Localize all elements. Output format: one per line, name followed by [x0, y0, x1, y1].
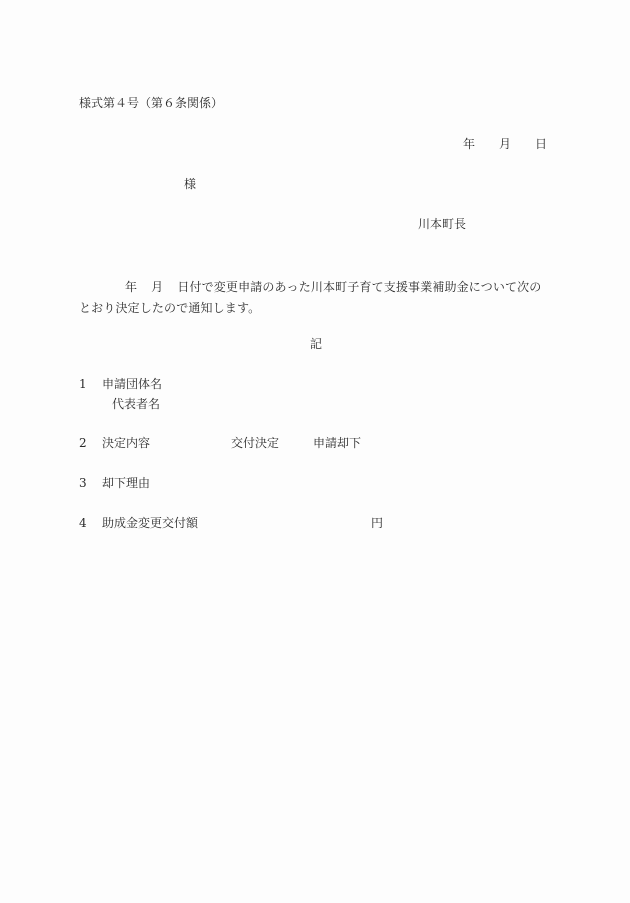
item-rejection-reason: 3却下理由: [79, 477, 150, 489]
date-year-label: 年: [463, 138, 499, 150]
item-grant-amount: 4助成金変更交付額: [79, 517, 198, 529]
body-text: 日付で変更申請のあった川本町子育て支援事業補助金について次のとおり決定したので通…: [79, 280, 541, 315]
decision-option-grant: 交付決定: [231, 437, 279, 449]
issuer-name: 川本町長: [418, 218, 466, 230]
item-applicant-organization: 1申請団体名: [79, 378, 162, 390]
item-label: 助成金変更交付額: [102, 516, 198, 530]
amount-unit-yen: 円: [371, 517, 383, 529]
body-year-label: 年: [125, 280, 137, 294]
item-number: 2: [79, 437, 102, 449]
decision-option-reject: 申請却下: [313, 437, 361, 449]
item-label: 却下理由: [102, 476, 150, 490]
date-month-label: 月: [499, 138, 535, 150]
item-number: 4: [79, 517, 102, 529]
item-decision-content: 2決定内容: [79, 437, 150, 449]
item-label: 申請団体名: [102, 377, 162, 391]
item-representative-name: 代表者名: [112, 398, 160, 410]
item-number: 1: [79, 378, 102, 390]
date-day-label: 日: [535, 138, 547, 150]
form-title: 様式第４号（第６条関係）: [79, 97, 223, 109]
body-month-label: 月: [151, 280, 163, 294]
ki-heading: 記: [310, 338, 322, 350]
addressee-suffix: 様: [184, 178, 196, 190]
notice-body: 年月日付で変更申請のあった川本町子育て支援事業補助金について次のとおり決定したの…: [79, 277, 553, 319]
item-label: 決定内容: [102, 436, 150, 450]
issue-date: 年月日: [463, 138, 547, 150]
item-number: 3: [79, 477, 102, 489]
